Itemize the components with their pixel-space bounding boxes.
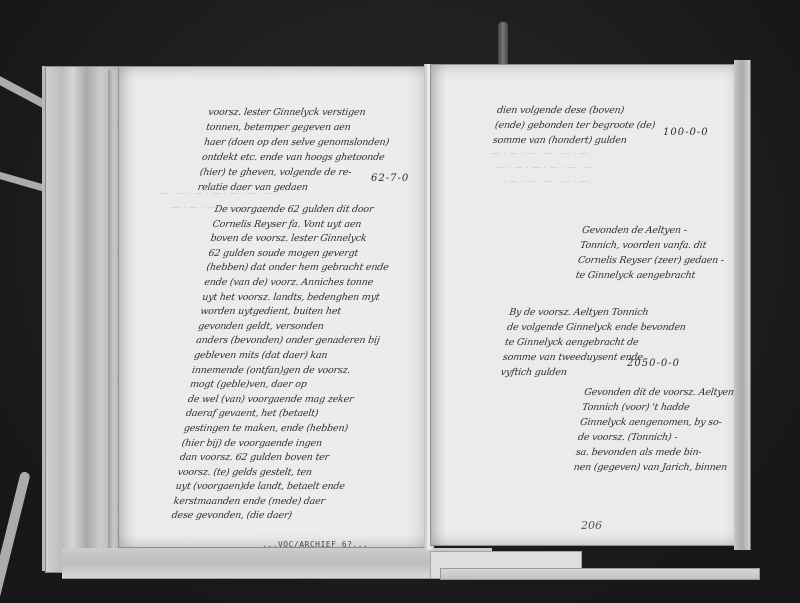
bookmark-ribbon xyxy=(498,22,508,64)
right-entry-2-amount: 2050-0-0 xyxy=(627,358,680,369)
bleed-through-text: · — · — · — · — · — · — — · — · — · — · … xyxy=(491,147,594,189)
right-page-stack-edge xyxy=(734,60,751,550)
cover-board-bottom xyxy=(62,548,492,579)
right-page: dien volgende dese (boven) (ende) gebond… xyxy=(430,64,744,546)
left-entry-1-amount: 62-7-0 xyxy=(371,173,409,184)
cover-strip-bottom xyxy=(440,568,760,580)
folio-number: 206 xyxy=(581,519,602,532)
right-margin-note-1: Gevonden de Aeltyen - Tonnich, voorden v… xyxy=(575,223,729,283)
right-margin-note-2: Gevonden dit de voorsz. Aeltyen Tonnich … xyxy=(573,385,739,475)
archive-edge-stamp: ...VOC/ARCHIEF 6?... xyxy=(262,540,368,549)
left-page: voorsz. lester Ginnelyck verstigen tonne… xyxy=(118,66,431,548)
left-entry-2: De voorgaende 62 gulden dit door Corneli… xyxy=(170,203,398,524)
right-entry-1: dien volgende dese (boven) (ende) gebond… xyxy=(492,103,658,148)
left-entry-1: voorsz. lester Ginnelyck verstigen tonne… xyxy=(197,105,395,195)
right-entry-1-amount: 100-0-0 xyxy=(663,127,709,138)
